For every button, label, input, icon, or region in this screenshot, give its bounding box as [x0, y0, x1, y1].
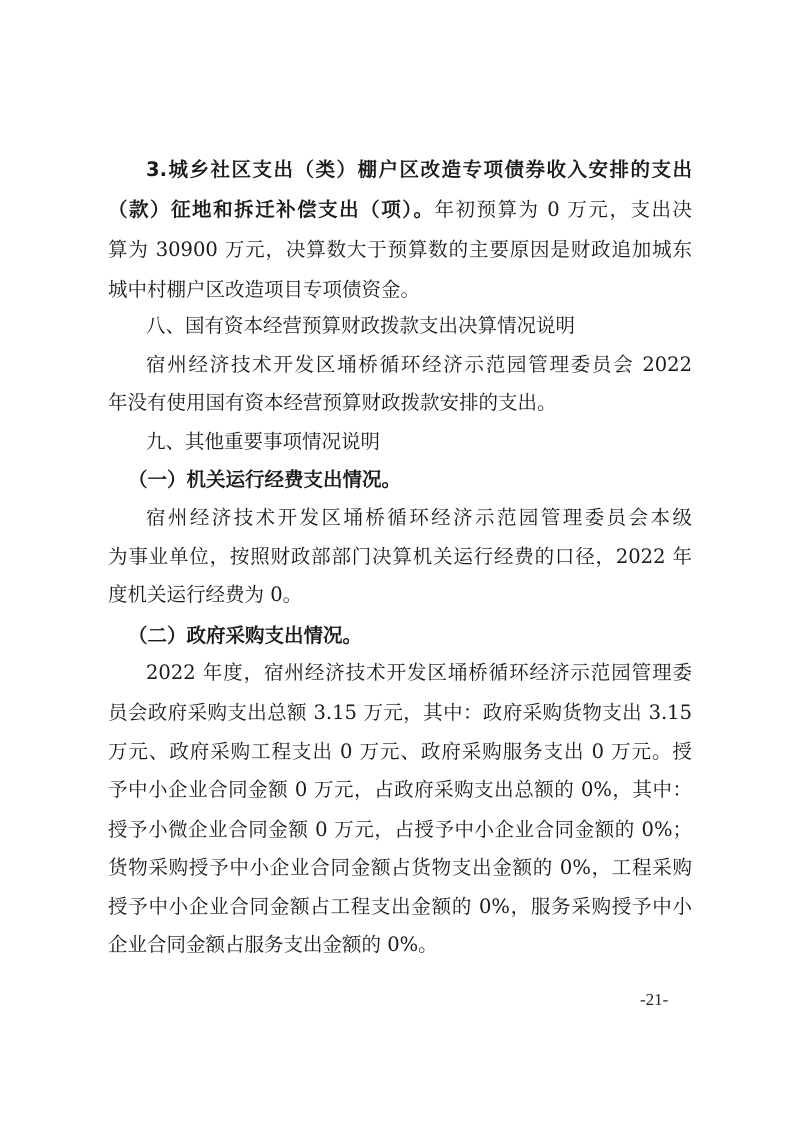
section-9-sub-2-line-8: 企业合同金额占服务支出金额的 0%。	[108, 933, 692, 957]
section-3-line-2: （款）征地和拆迁补偿支出（项）。年初预算为 0 万元，支出决	[108, 198, 692, 222]
section-8-line-1: 宿州经济技术开发区埇桥循环经济示范园管理委员会 2022	[146, 353, 692, 377]
section-9-sub-1-line-2: 为事业单位，按照财政部部门决算机关运行经费的口径，2022 年	[108, 545, 692, 569]
document-page: 3.城乡社区支出（类）棚户区改造专项债券收入安排的支出 （款）征地和拆迁补偿支出…	[0, 0, 793, 1122]
section-9-sub-2-line-3: 万元、政府采购工程支出 0 万元、政府采购服务支出 0 万元。授	[108, 740, 692, 764]
page-number: -21-	[640, 990, 668, 1010]
section-8-line-2: 年没有使用国有资本经营预算财政拨款安排的支出。	[108, 391, 692, 415]
section-9-sub-2-line-1: 2022 年度，宿州经济技术开发区埇桥循环经济示范园管理委	[146, 661, 692, 685]
section-8-heading: 八、国有资本经营预算财政拨款支出决算情况说明	[146, 314, 692, 338]
section-9-sub-2-line-5: 授予小微企业合同金额 0 万元，占授予中小企业合同金额的 0%；	[108, 818, 692, 842]
section-9-sub-1-line-1: 宿州经济技术开发区埇桥循环经济示范园管理委员会本级	[146, 506, 692, 530]
section-9-sub-2-line-6: 货物采购授予中小企业合同金额占货物支出金额的 0%，工程采购	[108, 856, 692, 880]
section-3-title-line-1: 3.城乡社区支出（类）棚户区改造专项债券收入安排的支出	[146, 158, 692, 182]
section-9-sub-1-line-3: 度机关运行经费为 0。	[108, 583, 692, 607]
section-9-sub-1-heading: （一）机关运行经费支出情况。	[128, 468, 692, 492]
section-9-sub-2-line-4: 予中小企业合同金额 0 万元，占政府采购支出总额的 0%，其中：	[108, 778, 692, 802]
section-3-line-2-text: 年初预算为 0 万元，支出决	[435, 198, 693, 221]
section-9-heading: 九、其他重要事项情况说明	[146, 430, 692, 454]
section-9-sub-2-heading: （二）政府采购支出情况。	[128, 624, 692, 648]
section-3-line-3: 算为 30900 万元，决算数大于预算数的主要原因是财政追加城东	[108, 238, 692, 262]
section-9-sub-2-line-2: 员会政府采购支出总额 3.15 万元，其中：政府采购货物支出 3.15	[108, 701, 692, 725]
section-9-sub-2-line-7: 授予中小企业合同金额占工程支出金额的 0%，服务采购授予中小	[108, 895, 692, 919]
section-3-line-4: 城中村棚户区改造项目专项债资金。	[108, 278, 692, 302]
section-3-title-line-2: （款）征地和拆迁补偿支出（项）。	[108, 198, 435, 221]
